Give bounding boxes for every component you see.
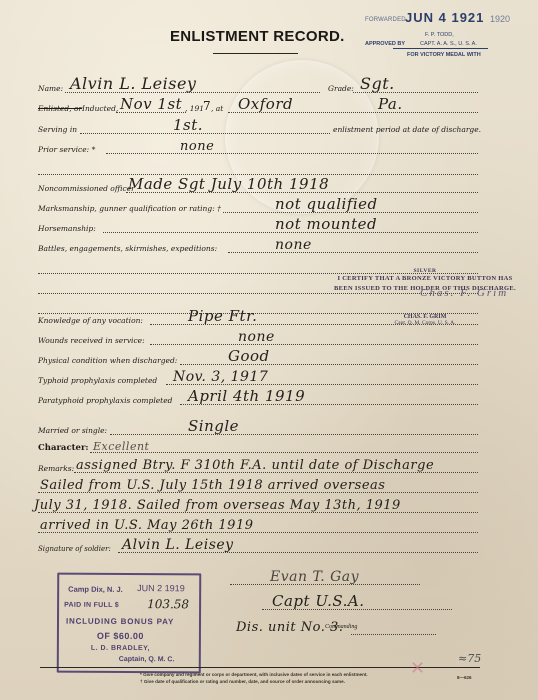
name-value: Alvin L. Leisey: [70, 74, 196, 93]
nco-label: Noncommissioned officer: [38, 184, 135, 193]
soldier-signature: Alvin L. Leisey: [122, 537, 234, 553]
paying-officer-title: Captain, Q. M. C.: [119, 656, 175, 663]
at-label: , at: [211, 104, 223, 113]
typhoid-row: Typhoid prophylaxis completed Nov. 3, 19…: [38, 368, 478, 388]
prior-service-row: Prior service: * none: [38, 137, 478, 157]
form-number: 8—626: [457, 675, 472, 680]
grade-label: Grade:: [328, 84, 354, 93]
forwarded-year-overstamp: 1920: [490, 14, 510, 24]
character-label: Character:: [38, 443, 89, 453]
remarks-row-2: Sailed from U.S. July 15th 1918 arrived …: [38, 476, 478, 496]
remarks-row-1: Remarks: assigned Btry. F 310th F.A. unt…: [38, 456, 478, 476]
remarks-row-3: July 31, 1918. Sailed from overseas May …: [38, 496, 478, 516]
marksmanship-value: not qualified: [275, 195, 378, 213]
approved-underline: [393, 48, 488, 49]
battles-row: Battles, engagements, skirmishes, expedi…: [38, 236, 478, 256]
pen-annotation: ≈75: [458, 652, 481, 665]
enlistment-record-document: ENLISTMENT RECORD. FORWARDED JUN 4 1921 …: [0, 0, 538, 700]
final-pay-stamp: Camp Dix, N. J. JUN 2 1919 PAID IN FULL …: [57, 573, 202, 674]
including-bonus-label: INCLUDING BONUS PAY: [66, 617, 174, 627]
title-underline: [213, 53, 298, 54]
name-label: Name:: [38, 84, 63, 93]
approved-by-label: APPROVED BY: [365, 41, 405, 47]
vocation-value: Pipe Ftr.: [188, 307, 257, 325]
nco-value: Made Sgt July 10th 1918: [128, 175, 329, 193]
marital-status-value: Single: [188, 417, 239, 435]
wounds-row: Wounds received in service: none: [38, 328, 478, 348]
prior-service-value: none: [180, 139, 214, 154]
forwarded-label: FORWARDED: [365, 17, 406, 23]
remarks-row-4: arrived in U.S. May 26th 1919: [38, 516, 478, 536]
wounds-label: Wounds received in service:: [38, 336, 145, 345]
physical-condition-label: Physical condition when discharged:: [38, 356, 177, 365]
induction-state: Pa.: [378, 95, 403, 113]
induction-date: Nov 1st: [120, 95, 182, 113]
serving-row: Serving in 1st. enlistment period at dat…: [38, 117, 478, 137]
approving-officer: F. P. TODD,: [425, 32, 454, 38]
nco-row: Noncommissioned officer Made Sgt July 10…: [38, 176, 478, 196]
certification-line-1: I CERTIFY THAT A BRONZE VICTORY BUTTON H…: [320, 274, 530, 284]
paid-amount: 103.58: [147, 597, 189, 611]
marksmanship-row: Marksmanship, gunner qualification or ra…: [38, 196, 478, 216]
commanding-officer-signature-row: Evan T. Gay: [230, 568, 430, 588]
enlisted-label-struck: Enlisted, or: [38, 104, 82, 113]
remarks-line-3: July 31, 1918. Sailed from overseas May …: [34, 498, 401, 513]
inducted-row: Enlisted, or Inducted, Nov 1st , 191 7 ,…: [38, 96, 478, 116]
pink-check-mark: ✕: [410, 660, 432, 678]
remarks-label: Remarks:: [38, 464, 74, 473]
induction-year-digit: 7: [203, 99, 211, 113]
paying-officer: L. D. BRADLEY,: [91, 645, 150, 652]
typhoid-label: Typhoid prophylaxis completed: [38, 376, 157, 385]
physical-condition-row: Physical condition when discharged: Good: [38, 348, 478, 368]
footnote-1: * Give company and regiment or corps or …: [140, 672, 368, 677]
marksmanship-label: Marksmanship, gunner qualification or ra…: [38, 204, 221, 213]
prior-service-label: Prior service: *: [38, 145, 95, 154]
horsemanship-label: Horsemanship:: [38, 224, 96, 233]
remarks-line-2: Sailed from U.S. July 15th 1918 arrived …: [40, 478, 385, 493]
inducted-label: Inducted,: [82, 104, 118, 113]
physical-condition-value: Good: [228, 347, 270, 365]
battles-label: Battles, engagements, skirmishes, expedi…: [38, 244, 217, 253]
vocation-row: Knowledge of any vocation: Pipe Ftr.: [38, 308, 478, 328]
commanding-officer-rank-row: Capt U.S.A.: [262, 593, 462, 613]
document-title: ENLISTMENT RECORD.: [170, 28, 345, 45]
pay-location: Camp Dix, N. J.: [68, 585, 123, 594]
approval-purpose: FOR VICTORY MEDAL WITH: [407, 52, 481, 58]
serving-value: 1st.: [173, 116, 203, 134]
wounds-value: none: [238, 329, 275, 345]
name-row: Name: Alvin L. Leisey Grade: Sgt.: [38, 76, 478, 96]
soldier-signature-label: Signature of soldier:: [38, 545, 111, 553]
paid-in-full-label: PAID IN FULL $: [64, 602, 119, 609]
remarks-line-1: assigned Btry. F 310th F.A. until date o…: [76, 458, 434, 473]
commanding-label: Commanding: [325, 624, 357, 630]
certifying-officer-signature: Chas. F. Grim: [420, 287, 508, 299]
character-value: Excellent: [93, 440, 149, 453]
commanding-officer-rank: Capt U.S.A.: [272, 592, 364, 610]
forwarded-date: JUN 4 1921: [405, 10, 484, 25]
year-prefix: , 191: [185, 104, 204, 113]
paratyphoid-row: Paratyphoid prophylaxis completed April …: [38, 388, 478, 408]
vocation-label: Knowledge of any vocation:: [38, 316, 143, 325]
marital-status-label: Married or single:: [38, 426, 107, 435]
remarks-line-4: arrived in U.S. May 26th 1919: [40, 518, 254, 533]
horsemanship-row: Horsemanship: not mounted: [38, 216, 478, 236]
character-row: Character: Excellent: [38, 436, 478, 456]
commanding-officer-signature: Evan T. Gay: [270, 569, 359, 585]
battles-value: none: [275, 237, 312, 253]
soldier-signature-row: Signature of soldier: Alvin L. Leisey: [38, 536, 478, 556]
induction-place: Oxford: [238, 95, 293, 113]
serving-suffix: enlistment period at date of discharge.: [333, 125, 481, 134]
grade-value: Sgt.: [360, 74, 395, 93]
footnote-2: † Give date of qualification or rating a…: [140, 679, 345, 684]
horsemanship-value: not mounted: [275, 215, 377, 233]
paratyphoid-label: Paratyphoid prophylaxis completed: [38, 396, 172, 405]
typhoid-value: Nov. 3, 1917: [173, 369, 268, 385]
serving-label: Serving in: [38, 125, 77, 134]
bonus-amount: OF $60.00: [97, 631, 144, 641]
approving-officer-title: CAPT. A. A. S., U. S. A.: [420, 41, 477, 47]
pay-date: JUN 2 1919: [137, 583, 185, 593]
paratyphoid-value: April 4th 1919: [188, 387, 305, 405]
marital-status-row: Married or single: Single: [38, 418, 478, 438]
